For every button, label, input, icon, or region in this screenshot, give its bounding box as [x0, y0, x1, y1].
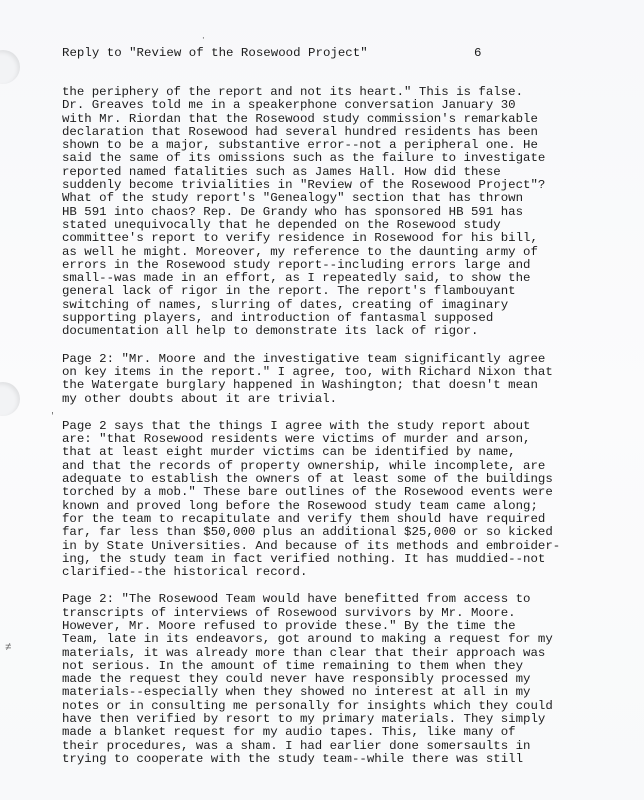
text-line: HB 591 into chaos? Rep. De Grandy who ha… — [62, 206, 642, 219]
text-line: suddenly become trivialities in "Review … — [62, 179, 642, 192]
text-line: are: "that Rosewood residents were victi… — [62, 433, 642, 446]
text-line: committee's report to verify residence i… — [62, 232, 642, 245]
text-line: errors in the Rosewood study report--inc… — [62, 259, 642, 272]
text-line: supporting players, and introduction of … — [62, 312, 642, 325]
text-line: transcripts of interviews of Rosewood su… — [62, 607, 642, 620]
text-line: made a blanket request for my audio tape… — [62, 726, 642, 739]
punch-hole — [0, 382, 20, 416]
text-line: have then verified by resort to my prima… — [62, 713, 642, 726]
text-line: not serious. In the amount of time remai… — [62, 660, 642, 673]
scan-speck: · — [201, 34, 206, 43]
text-line: materials--especially when they showed n… — [62, 686, 642, 699]
text-line: documentation all help to demonstrate it… — [62, 325, 642, 338]
text-line: said the same of its omissions such as t… — [62, 152, 642, 165]
text-line: the periphery of the report and not its … — [62, 86, 642, 99]
page-header: Reply to "Review of the Rosewood Project… — [62, 46, 368, 60]
scan-speck: ' — [50, 412, 55, 421]
text-line: that at least eight murder victims can b… — [62, 446, 642, 459]
text-line: and that the records of property ownersh… — [62, 460, 642, 473]
text-line: Dr. Greaves told me in a speakerphone co… — [62, 99, 642, 112]
document-page: · ' ≠ Reply to "Review of the Rosewood P… — [0, 0, 644, 800]
document-body: the periphery of the report and not its … — [62, 86, 642, 780]
text-line: ing, the study team in fact verified not… — [62, 553, 642, 566]
paragraph: Page 2: "The Rosewood Team would have be… — [62, 593, 642, 766]
text-line: Page 2: "Mr. Moore and the investigative… — [62, 353, 642, 366]
text-line: far, far less than $50,000 plus an addit… — [62, 526, 642, 539]
text-line: reported named fatalities such as James … — [62, 166, 642, 179]
text-line: with Mr. Riordan that the Rosewood study… — [62, 113, 642, 126]
paragraph: the periphery of the report and not its … — [62, 86, 642, 339]
text-line: switching of names, slurring of dates, c… — [62, 299, 642, 312]
text-line: my other doubts about it are trivial. — [62, 393, 642, 406]
paragraph: Page 2 says that the things I agree with… — [62, 420, 642, 580]
text-line: Team, late in its endeavors, got around … — [62, 633, 642, 646]
punch-hole — [0, 50, 20, 84]
page-number: 6 — [474, 46, 481, 60]
text-line: trying to cooperate with the study team-… — [62, 753, 642, 766]
text-line: made the request they could never have r… — [62, 673, 642, 686]
text-line: stated unequivocally that he depended on… — [62, 219, 642, 232]
text-line: the Watergate burglary happened in Washi… — [62, 379, 642, 392]
scan-mark: ≠ — [5, 642, 12, 654]
text-line: Page 2 says that the things I agree with… — [62, 420, 642, 433]
text-line: as well he might. Moreover, my reference… — [62, 246, 642, 259]
text-line: their procedures, was a sham. I had earl… — [62, 740, 642, 753]
text-line: for the team to recapitulate and verify … — [62, 513, 642, 526]
text-line: Page 2: "The Rosewood Team would have be… — [62, 593, 642, 606]
text-line: notes or in consulting me personally for… — [62, 700, 642, 713]
text-line: materials, it was already more than clea… — [62, 647, 642, 660]
text-line: adequate to establish the owners of at l… — [62, 473, 642, 486]
text-line: on key items in the report." I agree, to… — [62, 366, 642, 379]
text-line: shown to be a major, substantive error--… — [62, 139, 642, 152]
text-line: small--was made in an effort, as I repea… — [62, 272, 642, 285]
text-line: What of the study report's "Genealogy" s… — [62, 192, 642, 205]
paragraph: Page 2: "Mr. Moore and the investigative… — [62, 353, 642, 406]
text-line: general lack of rigor in the report. The… — [62, 285, 642, 298]
text-line: known and proved long before the Rosewoo… — [62, 500, 642, 513]
text-line: in by State Universities. And because of… — [62, 540, 642, 553]
text-line: However, Mr. Moore refused to provide th… — [62, 620, 642, 633]
text-line: declaration that Rosewood had several hu… — [62, 126, 642, 139]
text-line: torched by a mob." These bare outlines o… — [62, 486, 642, 499]
text-line: clarified--the historical record. — [62, 566, 642, 579]
